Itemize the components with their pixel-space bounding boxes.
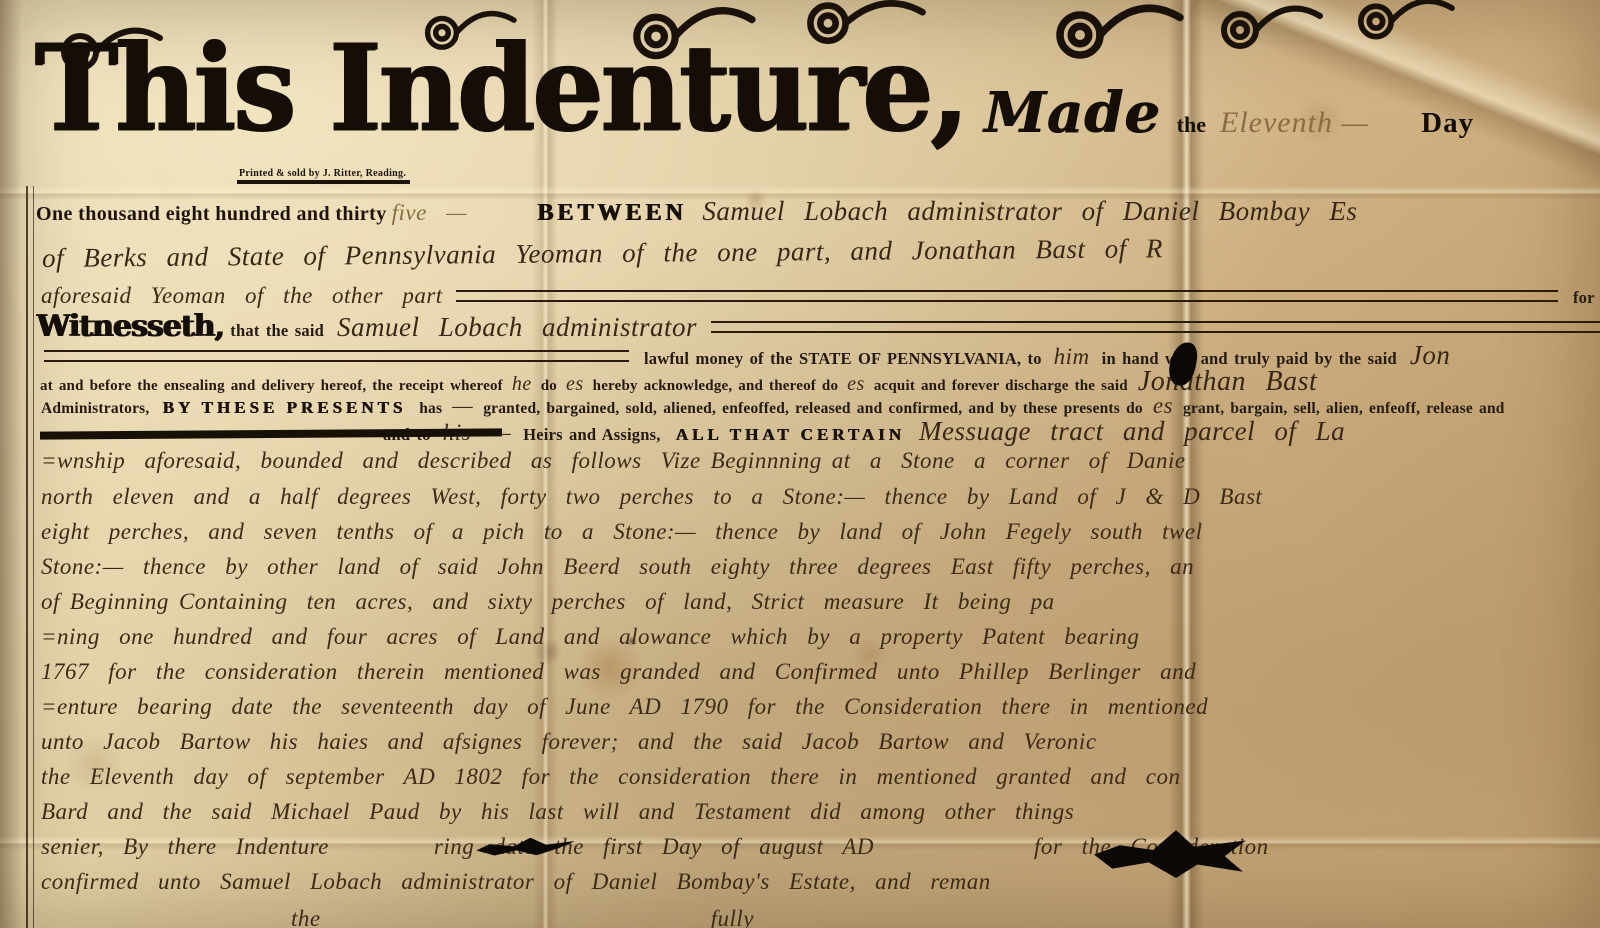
handwritten-stone-corner: at a Stone a corner of Danie [832,448,1186,474]
handwritten-of: of [41,589,60,615]
handwritten-parties: of Berks and State of Pennsylvania Yeoma… [42,233,1163,274]
line-senier-indenture: senier, By there Indenturering date the … [36,834,1600,860]
printed-that-the-said: that the said [230,321,324,341]
handwritten-michael-paud: Bard and the said Michael Paud by his la… [41,799,1074,825]
blank-gap [879,852,1029,854]
handwritten-beginning-2: Beginning [70,589,169,615]
line-enture-1790: =enture bearing date the seventeenth day… [36,694,1600,720]
handwritten-beginning-underlined: Beginnning [711,448,822,474]
ruled-blank-line [456,290,1558,302]
handwritten-fragment-fully: fully [711,906,754,928]
line-1767: 1767 for the consideration therein menti… [36,659,1600,685]
handwritten-fragment-the: the [291,906,321,928]
printed-all-that-certain: ALL THAT CERTAIN [676,425,905,445]
handwritten-1767: 1767 for the consideration therein menti… [41,659,1196,685]
line-witnesseth: Witnesseth,that the saidSamuel Lobach ad… [36,309,1600,344]
handwritten-survey-3: Stone:— thence by other land of said Joh… [41,554,1194,580]
handwritten-containing: Containing ten acres, and sixty perches … [179,589,1055,615]
handwritten-grantor-repeat: Samuel Lobach administrator [337,312,697,343]
handwritten-survey-1: north eleven and a half degrees West, fo… [41,484,1262,510]
printed-by-these-presents: BY THESE PRESENTS [162,398,406,418]
handwritten-survey-2: eight perches, and seven tenths of a pic… [41,519,1202,545]
handwritten-year-fill: five — [392,200,467,226]
line-eleventh-september: the Eleventh day of september AD 1802 fo… [36,764,1600,790]
blank-gap [334,852,429,854]
handwritten-confirmed: confirmed unto Samuel Lobach administrat… [41,869,991,895]
line-of-beginning: ofBeginningContaining ten acres, and six… [36,589,1600,615]
line-unto-jacob: unto Jacob Bartow his haies and afsignes… [36,729,1600,755]
paper-left-edge-shadow [0,0,22,928]
line-confirmed-samuel: confirmed unto Samuel Lobach administrat… [36,869,1600,895]
printed-year-text: One thousand eight hundred and thirty [36,203,387,226]
handwritten-1802: the Eleventh day of september AD 1802 fo… [41,764,1180,790]
handwritten-patent: =ning one hundred and four acres of Land… [41,624,1139,650]
printed-witnesseth-label: Witnesseth, [36,309,223,344]
handwritten-other-part: aforesaid Yeoman of the other part [41,283,443,309]
line-aforesaid: aforesaid Yeoman of the other partfor an… [36,283,1600,309]
handwritten-senier: senier, By there Indenture [41,834,329,860]
handwritten-1790: =enture bearing date the seventeenth day… [41,694,1208,720]
line-stone-thence: Stone:— thence by other land of said Joh… [36,554,1600,580]
blank-gap [472,218,527,220]
line-eight-perches: eight perches, and seven tenths of a pic… [36,519,1600,545]
handwritten-jacob-bartow: unto Jacob Bartow his haies and afsignes… [41,729,1097,755]
ruled-blank-line [44,350,629,362]
line-one-hundred-four: =ning one hundred and four acres of Land… [36,624,1600,650]
printed-heirs-assigns: Heirs and Assigns, [523,425,660,445]
handwritten-messuage: Messuage tract and parcel of La [919,416,1345,447]
line-one-thousand: One thousand eight hundred and thirtyfiv… [36,196,1600,227]
ruled-blank-line [711,321,1600,333]
printed-for-and-in: for and i [1573,288,1600,308]
left-margin-double-rule [26,186,34,928]
handwritten-grantor: Samuel Lobach administrator of Daniel Bo… [702,196,1357,227]
line-township: =wnship aforesaid, bounded and described… [36,448,1600,474]
printed-between-label: BETWEEN [537,200,686,227]
blank-gap [326,924,706,926]
line-north-eleven: north eleven and a half degrees West, fo… [36,484,1600,510]
line-of-berks: of Berks and State of Pennsylvania Yeoma… [36,229,1600,274]
handwritten-township: =wnship aforesaid, bounded and described… [41,448,701,474]
document-lines: One thousand eight hundred and thirtyfiv… [36,0,1600,928]
indenture-document-scan: { "colors":{"paper":"#d8c094","ink_print… [0,0,1600,928]
line-clipped-bottom: thefully [36,906,1600,928]
line-bard-michael: Bard and the said Michael Paud by his la… [36,799,1600,825]
